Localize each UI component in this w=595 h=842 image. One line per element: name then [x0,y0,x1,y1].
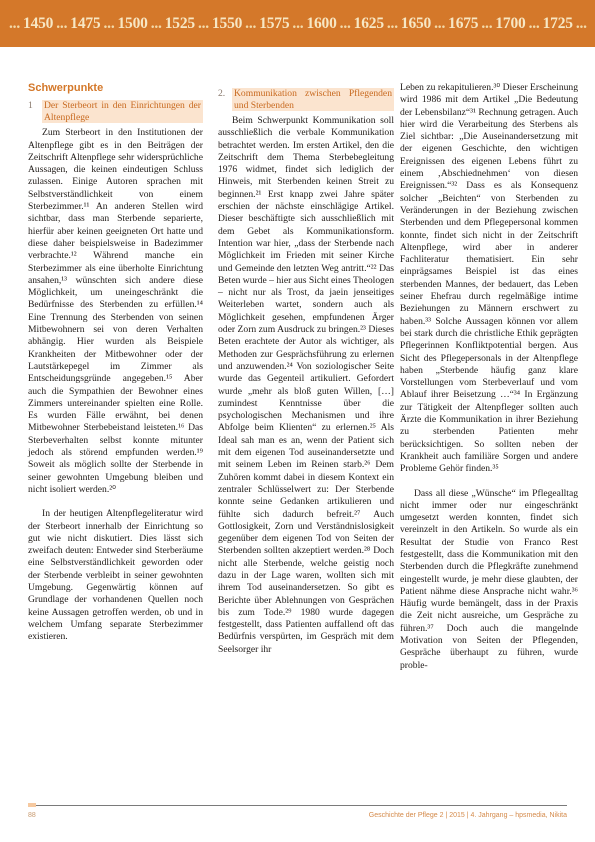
timeline-year: 1575 [259,15,289,33]
subsection-heading-1: 1 Der Sterbeort in den Einrichtungen der… [28,100,203,123]
timeline-separator: ... [292,15,303,33]
timeline-year: 1650 [401,15,431,33]
timeline-separator: ... [576,15,587,33]
running-footer-title: Geschichte der Pflege 2 | 2015 | 4. Jahr… [369,812,567,819]
timeline-separator: ... [340,15,351,33]
timeline-year: 1725 [543,15,573,33]
timeline-year: 1675 [448,15,478,33]
subsection-number: 1 [28,100,42,123]
timeline-separator: ... [245,15,256,33]
subsection-number: 2. [218,88,232,111]
timeline-separator: ... [481,15,492,33]
timeline-year: 1550 [212,15,242,33]
timeline-year: 1500 [118,15,148,33]
footer-accent [28,803,36,807]
subsection-title: Kommunikation zwischen Pflegenden und St… [232,88,394,111]
section-title: Schwerpunkte [28,82,203,94]
timeline-years: ...1450...1475...1500...1525...1550...15… [0,15,590,33]
timeline-separator: ... [151,15,162,33]
paragraph: Zum Sterbeort in den Institutionen der A… [28,127,203,496]
paragraph: In der heutigen Altenpflegeliteratur wir… [28,508,203,643]
timeline-year: 1475 [70,15,100,33]
subsection-heading-2: 2. Kommunikation zwischen Pflegenden und… [218,88,394,111]
timeline-year: 1700 [495,15,525,33]
timeline-separator: ... [9,15,20,33]
timeline-year: 1625 [354,15,384,33]
timeline-year: 1525 [165,15,195,33]
paragraph: Dass all diese „Wünsche“ im Pflegealltag… [400,488,578,672]
text-column-3: Leben zu rekapitulieren.³⁰ Dieser Ersche… [400,82,578,672]
timeline-separator: ... [434,15,445,33]
timeline-header-bar: ...1450...1475...1500...1525...1550...15… [0,0,595,47]
timeline-year: 1600 [306,15,336,33]
paragraph: Leben zu rekapitulieren.³⁰ Dieser Ersche… [400,82,578,476]
timeline-separator: ... [56,15,67,33]
timeline-separator: ... [387,15,398,33]
text-column-2: 2. Kommunikation zwischen Pflegenden und… [218,82,394,656]
paragraph: Beim Schwerpunkt Kommunikation soll auss… [218,115,394,656]
timeline-year: 1450 [23,15,53,33]
text-column-1: Schwerpunkte 1 Der Sterbeort in den Einr… [28,82,203,643]
subsection-title: Der Sterbeort in den Einrichtungen der A… [42,100,203,123]
timeline-separator: ... [529,15,540,33]
timeline-separator: ... [198,15,209,33]
footer-divider [28,805,567,806]
timeline-separator: ... [103,15,114,33]
page-number: 88 [28,812,36,819]
